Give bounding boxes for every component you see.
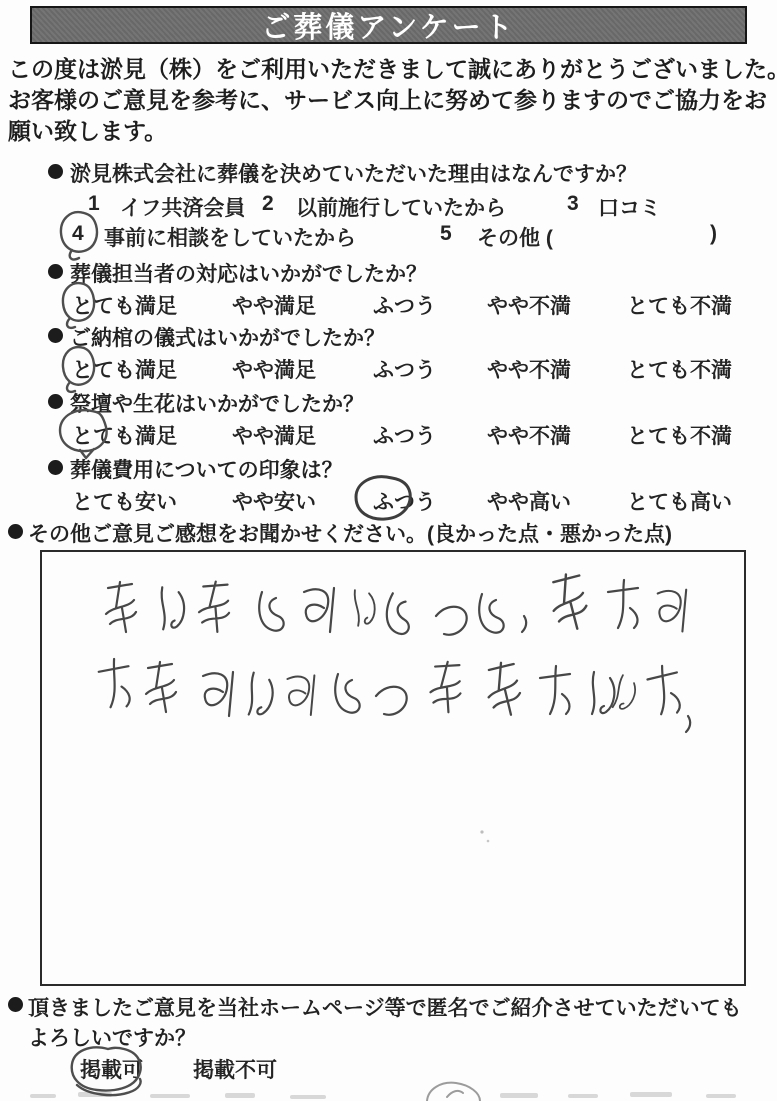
casket-option-4: やや不満 [487,354,571,384]
form-title: ご葬儀アンケート [261,5,515,46]
question-staff: 葬儀担当者の対応はいかがでしたか？ [70,258,427,288]
reason-option-2-num: 2 [262,192,274,216]
question-casket: ご納棺の儀式はいかがでしたか？ [70,322,385,352]
scan-artifact [150,1094,190,1098]
form-title-bar: ご葬儀アンケート [30,6,747,44]
scan-artifact [630,1092,672,1097]
reason-option-1-num: 1 [88,192,100,216]
reason-option-5: その他 ( [477,222,553,252]
question-cost: 葬儀費用についての印象は？ [70,454,343,484]
bullet-icon [8,524,23,539]
reason-option-4: 事前に相談をしていたから [104,222,356,252]
bullet-icon [48,328,63,343]
cost-option-5: とても高い [627,486,732,516]
casket-option-5: とても不満 [627,354,732,384]
cost-option-2: やや安い [232,486,316,516]
casket-option-3: ふつう [373,354,436,384]
casket-option-1: とても満足 [72,354,177,384]
question-comments: その他ご意見ご感想をお聞かせください。(良かった点・悪かった点) [28,518,672,548]
scan-artifact [30,1094,56,1098]
casket-option-2: やや満足 [232,354,316,384]
intro-paragraph: この度は淤見（株）をご利用いただきまして誠にありがとうございました。 お客様のご… [8,54,774,147]
cost-option-3: ふつう [373,486,436,516]
scan-artifact [500,1093,538,1098]
altar-option-3: ふつう [373,420,436,450]
intro-line-3: 願い致します。 [8,116,774,147]
bullet-icon [48,394,63,409]
bullet-icon [48,164,63,179]
altar-option-1: とても満足 [72,420,177,450]
staff-option-5: とても不満 [627,290,732,320]
reason-option-5-num: 5 [440,222,452,246]
staff-option-1: とても満足 [72,290,177,320]
reason-option-3: 口コミ [598,192,661,222]
scan-artifact [568,1094,598,1098]
handwritten-comment [42,552,744,984]
bullet-icon [48,460,63,475]
reason-option-4-num: 4 [72,222,84,246]
altar-option-2: やや満足 [232,420,316,450]
intro-line-1: この度は淤見（株）をご利用いただきまして誠にありがとうございました。 [8,54,774,85]
cost-option-4: やや高い [487,486,571,516]
reason-other-close-paren: ) [710,222,717,246]
circle-mark-bottom-cutoff [427,1083,480,1101]
bullet-icon [8,997,23,1012]
reason-option-2: 以前施行していたから [296,192,506,222]
scan-artifact [78,1092,112,1097]
staff-option-3: ふつう [373,290,436,320]
altar-option-5: とても不満 [627,420,732,450]
scanned-survey-page: ご葬儀アンケート この度は淤見（株）をご利用いただきまして誠にありがとうございま… [0,0,777,1101]
scan-artifact [225,1093,255,1098]
comment-box: 何も知らないところ、親切な対応ありがとう御座居ました。 [40,550,746,986]
intro-line-2: お客様のご意見を参考に、サービス向上に努めて参りますのでご協力をお [8,85,774,116]
scan-artifact [706,1094,736,1098]
cost-option-1: とても安い [72,486,177,516]
scan-artifact [290,1095,326,1099]
reason-option-3-num: 3 [567,192,579,216]
question-publish-line2: よろしいですか？ [28,1022,196,1052]
staff-option-2: やや満足 [232,290,316,320]
altar-option-4: やや不満 [487,420,571,450]
publish-option-ok: 掲載可 [80,1054,143,1084]
bullet-icon [48,264,63,279]
question-publish-line1: 頂きましたご意見を当社ホームページ等で匿名でご紹介させていただいても [28,992,742,1022]
publish-option-no: 掲載不可 [193,1054,277,1084]
staff-option-4: やや不満 [487,290,571,320]
question-reason: 淤見株式会社に葬儀を決めていただいた理由はなんですか？ [70,158,637,188]
reason-option-1: イフ共済会員 [120,192,245,222]
question-altar: 祭壇や生花はいかがでしたか？ [70,388,364,418]
